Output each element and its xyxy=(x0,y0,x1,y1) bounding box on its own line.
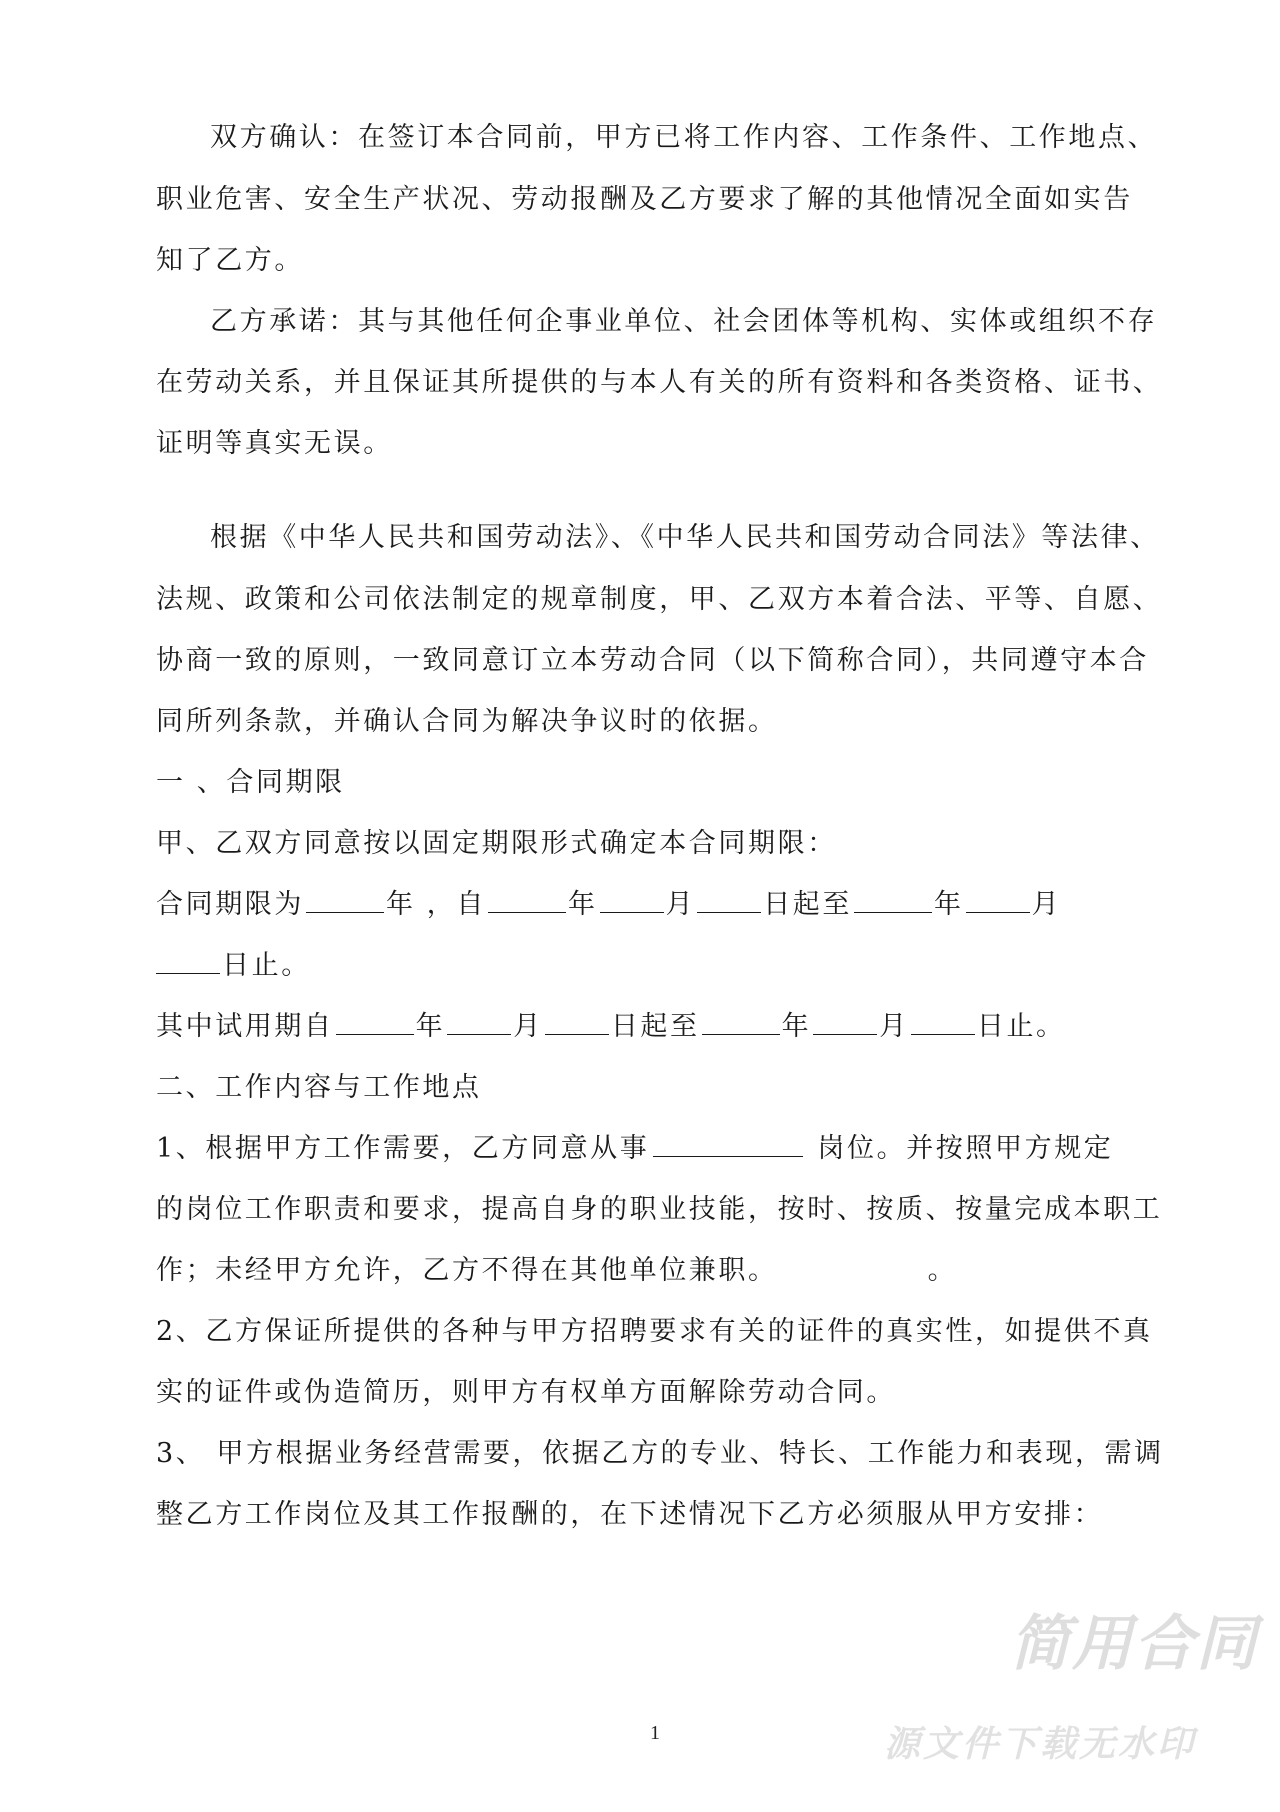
term-text-7: 月 xyxy=(1032,889,1062,920)
item-2-line-1: 2、乙方保证所提供的各种与甲方招聘要求有关的证件的真实性，如提供不真 xyxy=(156,1312,1156,1352)
end-year-blank[interactable] xyxy=(854,890,932,913)
probation-start-month-blank[interactable] xyxy=(447,1012,511,1035)
item-1-text-b: 岗位。并按照甲方规定 xyxy=(817,1133,1113,1164)
end-day-blank[interactable] xyxy=(156,951,220,974)
term-text-2: 年 ，自 xyxy=(386,889,486,920)
probation-text-7: 日止。 xyxy=(977,1011,1066,1042)
paragraph-3-line-4: 同所列条款，并确认合同为解决争议时的依据。 xyxy=(156,702,1156,742)
watermark-subtitle: 源文件下载无水印 xyxy=(884,1716,1196,1767)
item-3-line-1: 3、 甲方根据业务经营需要，依据乙方的专业、特长、工作能力和表现，需调 xyxy=(156,1434,1156,1474)
probation-end-day-blank[interactable] xyxy=(911,1012,975,1035)
probation-text-4: 日起至 xyxy=(611,1011,700,1042)
paragraph-2-line-1: 乙方承诺：其与其他任何企事业单位、社会团体等机构、实体或组织不存 xyxy=(210,302,1210,342)
contract-term-line-2: 日止。 xyxy=(156,946,1156,986)
start-day-blank[interactable] xyxy=(697,890,761,913)
term-end-text: 日止。 xyxy=(222,950,311,981)
section-1-heading: 一 、合同期限 xyxy=(156,763,1156,803)
item-2-line-2: 实的证件或伪造简历，则甲方有权单方面解除劳动合同。 xyxy=(156,1373,1156,1413)
end-month-blank[interactable] xyxy=(966,890,1030,913)
start-year-blank[interactable] xyxy=(488,890,566,913)
position-blank[interactable] xyxy=(653,1134,803,1157)
item-1-line-2: 的岗位工作职责和要求，提高自身的职业技能，按时、按质、按量完成本职工 xyxy=(156,1190,1156,1230)
paragraph-3-line-1: 根据《中华人民共和国劳动法》、《中华人民共和国劳动合同法》等法律、 xyxy=(210,518,1210,558)
document-page: 双方确认：在签订本合同前，甲方已将工作内容、工作条件、工作地点、 职业危害、安全… xyxy=(0,0,1280,1812)
item-1-text-c: 作；未经甲方允许，乙方不得在其他单位兼职。 xyxy=(156,1255,778,1286)
term-text-6: 年 xyxy=(934,889,964,920)
probation-start-year-blank[interactable] xyxy=(336,1012,414,1035)
paragraph-1-line-1: 双方确认：在签订本合同前，甲方已将工作内容、工作条件、工作地点、 xyxy=(210,118,1210,158)
term-text-4: 月 xyxy=(666,889,696,920)
term-text-3: 年 xyxy=(568,889,598,920)
start-month-blank[interactable] xyxy=(600,890,664,913)
probation-end-month-blank[interactable] xyxy=(813,1012,877,1035)
paragraph-3-line-2: 法规、政策和公司依法制定的规章制度，甲、乙双方本着合法、平等、自愿、 xyxy=(156,580,1156,620)
probation-text-5: 年 xyxy=(782,1011,812,1042)
paragraph-1-line-3: 知了乙方。 xyxy=(156,241,1156,281)
term-label: 合同期限为 xyxy=(156,889,304,920)
term-text-5: 日起至 xyxy=(763,889,852,920)
item-3-line-2: 整乙方工作岗位及其工作报酬的，在下述情况下乙方必须服从甲方安排： xyxy=(156,1495,1156,1535)
item-1-text-a: 1、根据甲方工作需要，乙方同意从事 xyxy=(156,1133,649,1164)
probation-line: 其中试用期自年月日起至年月日止。 xyxy=(156,1007,1156,1047)
probation-text-3: 月 xyxy=(513,1011,543,1042)
paragraph-1-line-2: 职业危害、安全生产状况、劳动报酬及乙方要求了解的其他情况全面如实告 xyxy=(156,180,1156,220)
term-years-blank[interactable] xyxy=(306,890,384,913)
watermark-logo-text: 简用合同 xyxy=(1010,1596,1258,1682)
paragraph-2-line-2: 在劳动关系，并且保证其所提供的与本人有关的所有资料和各类资格、证书、 xyxy=(156,363,1156,403)
paragraph-2-line-3: 证明等真实无误。 xyxy=(156,424,1156,464)
item-1-line-1: 1、根据甲方工作需要，乙方同意从事岗位。并按照甲方规定 xyxy=(156,1129,1156,1169)
probation-end-year-blank[interactable] xyxy=(702,1012,780,1035)
probation-text-2: 年 xyxy=(416,1011,446,1042)
section-2-heading: 二、工作内容与工作地点 xyxy=(156,1068,1156,1108)
page-number: 1 xyxy=(650,1722,660,1745)
probation-start-day-blank[interactable] xyxy=(545,1012,609,1035)
probation-label: 其中试用期自 xyxy=(156,1011,334,1042)
paragraph-3-line-3: 协商一致的原则，一致同意订立本劳动合同（以下简称合同），共同遵守本合 xyxy=(156,641,1156,681)
probation-text-6: 月 xyxy=(879,1011,909,1042)
contract-term-line: 合同期限为年 ，自年月日起至年月 xyxy=(156,885,1156,925)
section-1-intro: 甲、乙双方同意按以固定期限形式确定本合同期限： xyxy=(156,824,1156,864)
stray-period: 。 xyxy=(928,1255,958,1286)
item-1-line-3: 作；未经甲方允许，乙方不得在其他单位兼职。。 xyxy=(156,1251,1156,1291)
